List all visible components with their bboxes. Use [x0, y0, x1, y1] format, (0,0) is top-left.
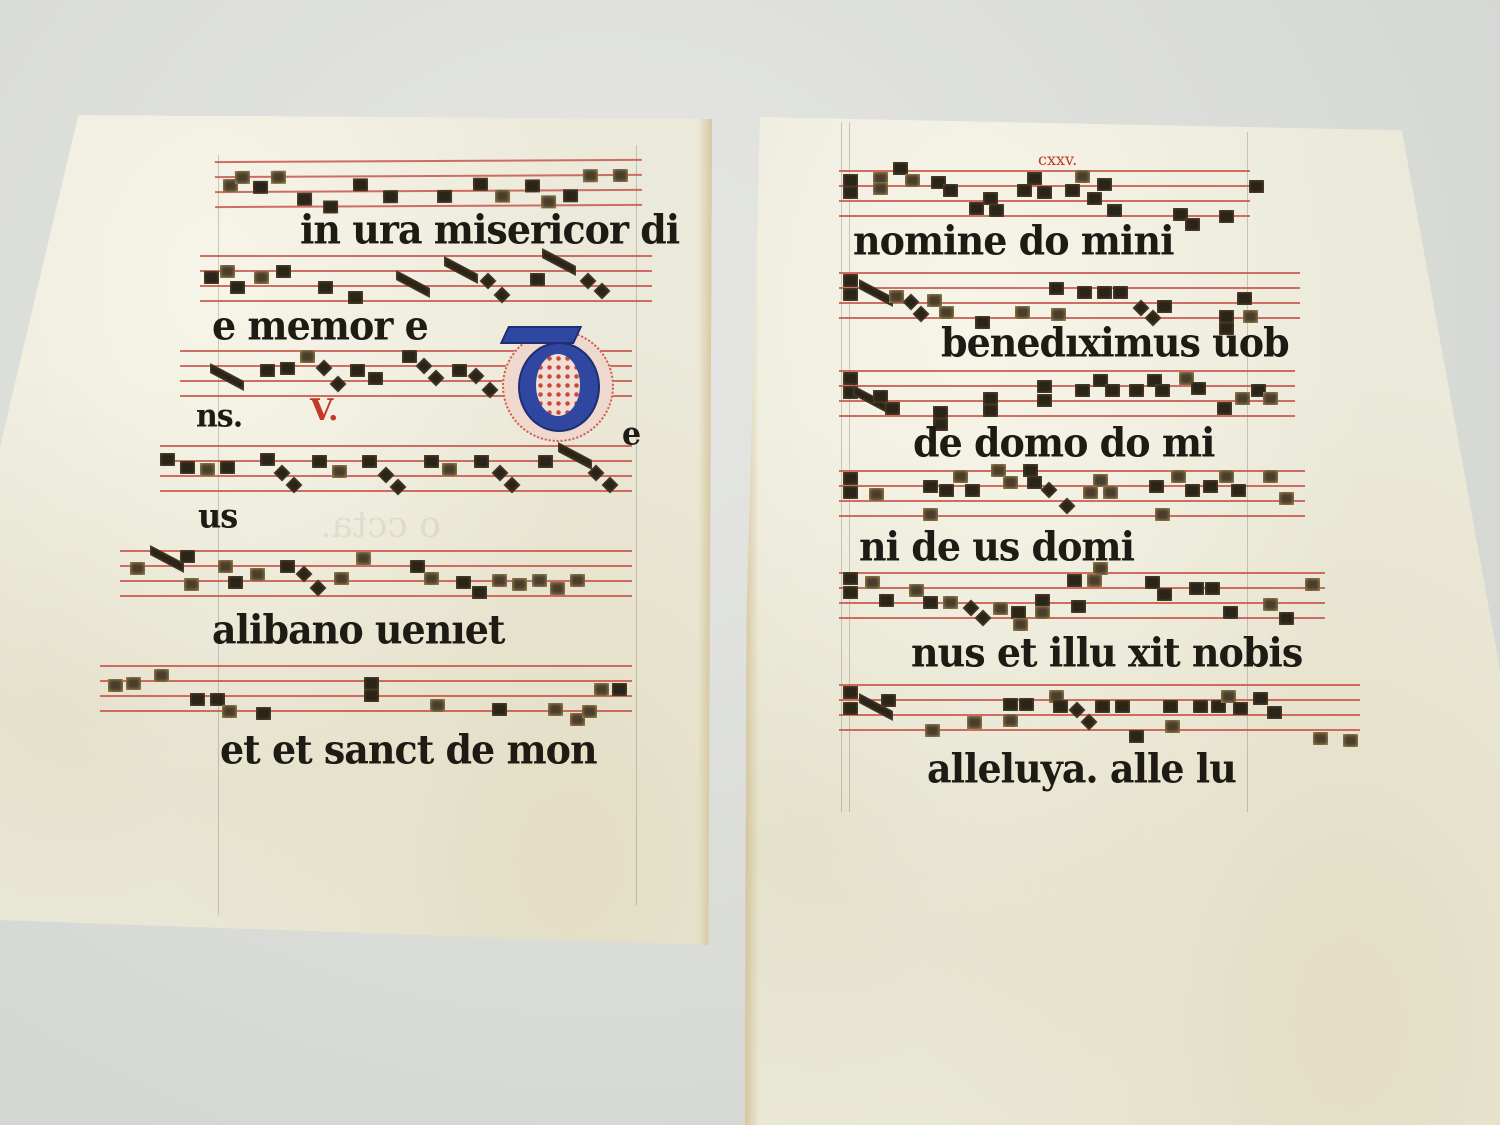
lyric-line: nus et illu xit nobis [911, 629, 1302, 676]
lyric-line: us [198, 496, 237, 536]
folio-number: cxxv. [1038, 150, 1077, 169]
lyric-line: et et sanct de mon [220, 726, 597, 773]
lyric-line: benedıximus uob [941, 319, 1289, 366]
staff [839, 572, 1325, 628]
right-manuscript-leaf: cxxv. nomine do mini [745, 112, 1500, 1125]
edge-stain [698, 115, 712, 945]
lyric-line: e memor e [212, 302, 428, 349]
lyric-line: nomine do mini [853, 217, 1174, 264]
staff [120, 550, 632, 606]
staff [839, 470, 1305, 526]
show-through-text: o ccta. [320, 505, 441, 546]
lyric-line: alleluya. alle lu [927, 745, 1236, 792]
lyric-line: alibano uenıet [212, 606, 505, 653]
illuminated-initial [502, 330, 614, 442]
staff [100, 665, 632, 721]
rubric-versicle-mark: V. [310, 393, 338, 428]
staff [160, 445, 632, 501]
staff [839, 370, 1295, 426]
lyric-line: in ura misericor di [300, 206, 679, 253]
left-manuscript-leaf: o ccta. in ura misericor di [0, 115, 712, 945]
staff [839, 684, 1360, 740]
lyric-line: ns. [196, 398, 242, 435]
edge-stain [745, 112, 759, 1125]
lyric-line: de domo do mi [913, 419, 1214, 466]
